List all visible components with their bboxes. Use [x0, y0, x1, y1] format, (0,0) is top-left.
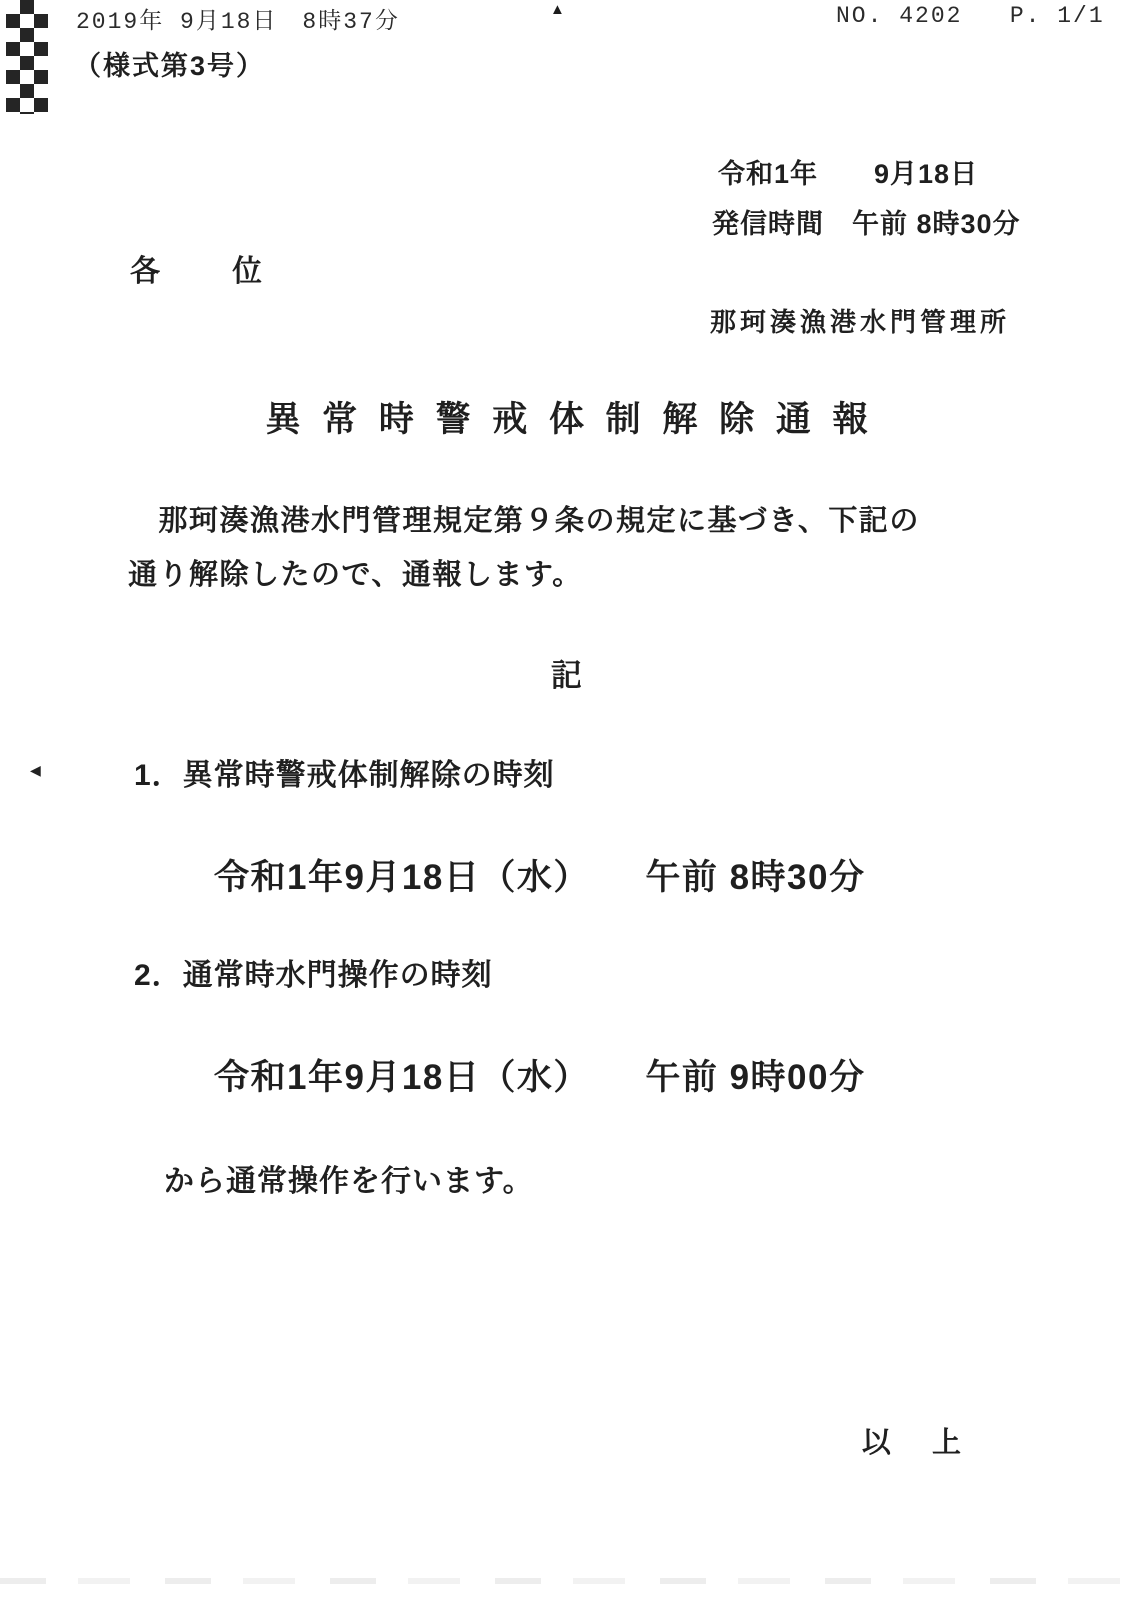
document-date: 令和1年 9月18日 [718, 152, 978, 191]
form-number: （様式第3号） [74, 44, 265, 83]
fax-calibration-checker-mark [6, 0, 48, 114]
closing-line: から通常操作を行います。 [164, 1156, 534, 1200]
fax-header-page-info: NO. 4202 P. 1/1 [836, 3, 1105, 29]
fax-header-timestamp: 2019年 9月18日 8時37分 [76, 2, 400, 35]
fax-left-triangle-icon: ◀ [30, 762, 41, 779]
fax-up-triangle-icon: ▲ [550, 1, 565, 18]
body-paragraph-line-1: 那珂湊漁港水門管理規定第９条の規定に基づき、下記の [128, 498, 920, 539]
item1-datetime-value: 令和1年9月18日（水） 午前 8時30分 [214, 850, 865, 900]
ki-section-marker: 記 [0, 650, 1133, 695]
fax-document-page: 2019年 9月18日 8時37分 ▲ NO. 4202 P. 1/1 （様式第… [0, 0, 1133, 1600]
scan-noise-band [0, 1578, 1133, 1584]
item1-label: 1．異常時警戒体制解除の時刻 [134, 750, 555, 794]
body-paragraph-line-2: 通り解除したので、通報します。 [128, 552, 583, 593]
sent-time: 発信時間 午前 8時30分 [712, 202, 1021, 241]
document-title: 異常時警戒体制解除通報 [0, 392, 1133, 442]
item2-label: 2．通常時水門操作の時刻 [134, 950, 493, 994]
sign-off: 以 上 [862, 1420, 967, 1461]
addressee: 各 位 [130, 246, 266, 290]
sender-organization: 那珂湊漁港水門管理所 [710, 302, 1010, 339]
item2-datetime-value: 令和1年9月18日（水） 午前 9時00分 [214, 1050, 865, 1100]
